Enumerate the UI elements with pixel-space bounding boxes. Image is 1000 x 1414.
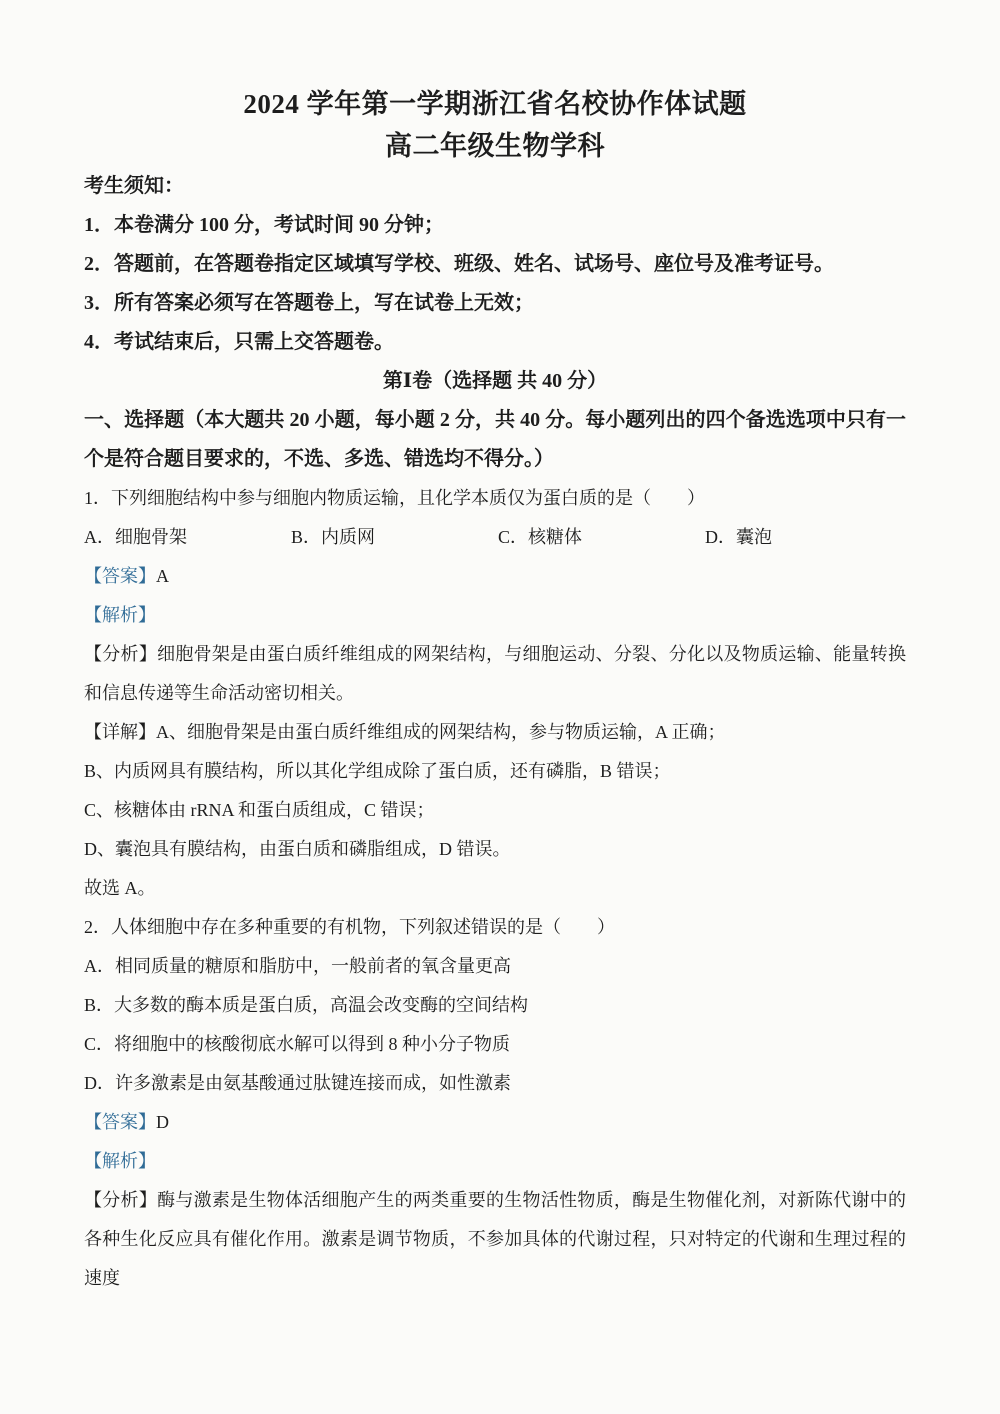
question-1-conclusion: 故选 A。 bbox=[84, 869, 906, 908]
question-1-option-a: A．细胞骨架 bbox=[84, 518, 291, 557]
question-2-analysis: 【分析】酶与激素是生物体活细胞产生的两类重要的生物活性物质，酶是生物催化剂，对新… bbox=[84, 1181, 906, 1298]
question-1-detail-d: D、囊泡具有膜结构，由蛋白质和磷脂组成，D 错误。 bbox=[84, 830, 906, 869]
question-1-detail-a: 【详解】A、细胞骨架是由蛋白质纤维组成的网架结构，参与物质运输，A 正确； bbox=[84, 713, 906, 752]
question-1-option-d: D．囊泡 bbox=[705, 518, 906, 557]
notice-item-2: 2．答题前，在答题卷指定区域填写学校、班级、姓名、试场号、座位号及准考证号。 bbox=[84, 245, 906, 284]
question-1-answer-line: 【答案】A bbox=[84, 557, 906, 596]
question-2-option-a: A．相同质量的糖原和脂肪中，一般前者的氧含量更高 bbox=[84, 947, 906, 986]
question-2-answer-label: 【答案】 bbox=[84, 1112, 156, 1132]
page-title: 2024 学年第一学期浙江省名校协作体试题 bbox=[84, 83, 906, 125]
question-2-answer-value: D bbox=[156, 1112, 169, 1132]
notice-item-1: 1．本卷满分 100 分，考试时间 90 分钟； bbox=[84, 206, 906, 245]
question-1-explain-label: 【解析】 bbox=[84, 605, 156, 625]
page-subtitle: 高二年级生物学科 bbox=[84, 125, 906, 167]
question-2-option-c: C．将细胞中的核酸彻底水解可以得到 8 种小分子物质 bbox=[84, 1025, 906, 1064]
question-1-answer-value: A bbox=[156, 566, 169, 586]
question-2-option-d: D．许多激素是由氨基酸通过肽键连接而成，如性激素 bbox=[84, 1064, 906, 1103]
question-1-answer-label: 【答案】 bbox=[84, 566, 156, 586]
section-instruction: 一、选择题（本大题共 20 小题，每小题 2 分，共 40 分。每小题列出的四个… bbox=[84, 401, 906, 479]
section-title: 第Ⅰ卷（选择题 共 40 分） bbox=[84, 362, 906, 401]
question-1-option-c: C．核糖体 bbox=[498, 518, 705, 557]
question-1-stem: 1．下列细胞结构中参与细胞内物质运输，且化学本质仅为蛋白质的是（ ） bbox=[84, 479, 906, 518]
notice-item-4: 4．考试结束后，只需上交答题卷。 bbox=[84, 323, 906, 362]
question-1-detail-b: B、内质网具有膜结构，所以其化学组成除了蛋白质，还有磷脂，B 错误； bbox=[84, 752, 906, 791]
question-2-option-b: B．大多数的酶本质是蛋白质，高温会改变酶的空间结构 bbox=[84, 986, 906, 1025]
notice-header: 考生须知： bbox=[84, 167, 906, 206]
question-1-options: A．细胞骨架 B．内质网 C．核糖体 D．囊泡 bbox=[84, 518, 906, 557]
question-2-explain-line: 【解析】 bbox=[84, 1142, 906, 1181]
question-1-detail-c: C、核糖体由 rRNA 和蛋白质组成，C 错误； bbox=[84, 791, 906, 830]
question-1-analysis: 【分析】细胞骨架是由蛋白质纤维组成的网架结构，与细胞运动、分裂、分化以及物质运输… bbox=[84, 635, 906, 713]
question-1-option-b: B．内质网 bbox=[291, 518, 498, 557]
exam-document-page: 2024 学年第一学期浙江省名校协作体试题 高二年级生物学科 考生须知： 1．本… bbox=[0, 0, 1000, 1298]
question-2-explain-label: 【解析】 bbox=[84, 1151, 156, 1171]
question-1-explain-line: 【解析】 bbox=[84, 596, 906, 635]
notice-item-3: 3．所有答案必须写在答题卷上，写在试卷上无效； bbox=[84, 284, 906, 323]
question-2-stem: 2．人体细胞中存在多种重要的有机物，下列叙述错误的是（ ） bbox=[84, 908, 906, 947]
question-2-answer-line: 【答案】D bbox=[84, 1103, 906, 1142]
